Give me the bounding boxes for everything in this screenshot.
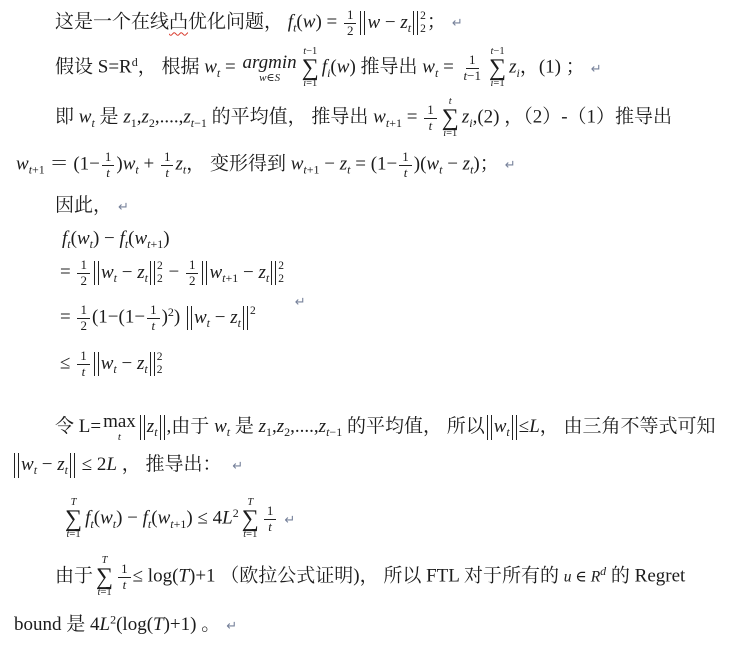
- math-run: ) ≤ 4L: [186, 508, 232, 529]
- text-run: 的平均值， 推导出: [207, 107, 373, 128]
- text-run: 假设 S=R: [55, 57, 132, 78]
- math-run: w: [426, 153, 439, 174]
- math-run: z: [400, 12, 407, 33]
- text-run: ≤: [60, 352, 75, 373]
- text-run: ): [174, 306, 185, 327]
- document-page: 这是一个在线凸优化问题， ft(w) = 12w − zt22；↵ 假设 S=R…: [0, 0, 730, 651]
- document-line: = 12wt − zt22 − 12wt+1 − zt22: [60, 258, 285, 288]
- text-run: −: [238, 262, 258, 283]
- math-run: −1: [329, 425, 342, 439]
- text-run: −: [442, 153, 462, 174]
- fraction-denominator: t: [265, 520, 275, 535]
- text-run: ， 根据: [138, 57, 205, 78]
- norm-content: zt: [146, 415, 159, 440]
- fraction-numerator: 1: [77, 258, 90, 274]
- sigma-symbol: ∑: [302, 58, 319, 80]
- math-run: w: [101, 262, 114, 283]
- math-run: w: [101, 353, 114, 374]
- math-run: t: [268, 519, 272, 534]
- fraction-numerator: 1: [161, 150, 174, 166]
- math-run: +1: [32, 163, 45, 177]
- math-run: (w: [128, 228, 147, 249]
- math-run: +1: [151, 237, 164, 251]
- fraction-numerator: 1: [147, 303, 160, 319]
- math-run: (w) =: [296, 11, 342, 32]
- text-run: −: [320, 153, 340, 174]
- sum-lower-limit: i=1: [443, 129, 457, 140]
- math-run: w: [194, 307, 207, 328]
- math-run: t: [266, 271, 269, 285]
- document-line: 即 wt 是 z1,z2,....,zt−1 的平均值， 推导出 wt+1 = …: [55, 97, 672, 140]
- summation: t∑i=1: [442, 97, 459, 140]
- text-run: (1−(1−: [92, 306, 145, 327]
- norm-bar-left: [14, 453, 19, 478]
- text-run: −: [37, 454, 57, 475]
- math-run: w: [16, 153, 29, 174]
- text-run: =: [60, 306, 75, 327]
- math-run: 1: [105, 149, 112, 164]
- norm-content: wt − zt: [20, 453, 69, 478]
- math-run: w: [373, 107, 386, 128]
- subscript: t: [154, 425, 157, 439]
- sum-lower-limit: i=1: [491, 79, 505, 90]
- norm-superscript: 2: [278, 261, 284, 273]
- sum-lower-limit: t=1: [243, 530, 257, 541]
- math-run: R: [591, 569, 600, 586]
- text-run: −: [117, 353, 137, 374]
- math-run: t: [238, 316, 241, 330]
- math-run: w: [79, 107, 92, 128]
- math-run: z: [319, 416, 326, 437]
- document-line: bound 是 4L2(log(T)+1) 。↵: [14, 613, 237, 638]
- math-run: L: [106, 454, 117, 475]
- document-line: = 12(1−(1−1t)2) wt − zt2↵: [60, 303, 306, 333]
- math-run: L: [106, 454, 117, 475]
- math-run: −1: [194, 116, 207, 130]
- math-run: z: [123, 107, 130, 128]
- norm-superscript: 2: [157, 352, 163, 364]
- sigma-symbol: ∑: [442, 108, 459, 130]
- norm-expression: wt: [486, 415, 518, 440]
- fraction-numerator: 1: [399, 150, 412, 166]
- text-run: )；: [473, 153, 498, 174]
- norm-subscript: 2: [157, 274, 163, 286]
- document-line: T∑t=1ft(wt) − ft(wt+1) ≤ 4L2T∑t=11t↵: [62, 498, 295, 541]
- sum-lower-limit: i=1: [303, 79, 317, 90]
- fraction-denominator: 2: [77, 274, 90, 289]
- math-run: 1: [80, 257, 87, 272]
- text-run: bound 是 4: [14, 614, 100, 635]
- math-run: (w: [71, 228, 90, 249]
- math-run: 1: [80, 302, 87, 317]
- subscript: t+1: [29, 163, 45, 177]
- norm-subscript: 2: [157, 365, 163, 377]
- norm-bar-left: [360, 11, 365, 36]
- fraction-denominator: 2: [186, 274, 199, 289]
- text-run: =: [438, 57, 458, 78]
- math-run: ) − f: [116, 508, 148, 529]
- fraction-denominator: 2: [77, 319, 90, 334]
- math-run: w: [291, 153, 304, 174]
- text-run: =: [402, 107, 422, 128]
- math-run: 1: [402, 149, 409, 164]
- text-run: = (1−: [350, 153, 397, 174]
- math-run: 1: [427, 102, 434, 117]
- math-run: t: [165, 165, 169, 180]
- fraction: 1t−1: [461, 53, 484, 83]
- norm-bar-left: [202, 261, 207, 286]
- math-run: ): [163, 228, 169, 249]
- text-run: ＝ (1−: [45, 153, 100, 174]
- math-run: z: [175, 153, 182, 174]
- text-run: 的 Regret: [606, 566, 685, 587]
- math-run: w: [214, 416, 227, 437]
- fraction-numerator: 1: [186, 258, 199, 274]
- math-run: 1: [469, 52, 476, 67]
- norm-subscript: 2: [278, 274, 284, 286]
- subscript: t−1: [326, 425, 342, 439]
- fraction: 1t: [147, 303, 160, 333]
- paragraph-mark: ↵: [452, 16, 463, 31]
- norm-bar-left: [94, 352, 99, 377]
- math-run: w: [214, 416, 227, 437]
- sigma-symbol: ∑: [242, 509, 259, 531]
- fraction-numerator: 1: [344, 8, 357, 24]
- paragraph-mark: ↵: [232, 459, 243, 474]
- subscript: t: [266, 271, 269, 285]
- norm-expression: w − zt22: [359, 11, 425, 36]
- norm-expression: zt: [139, 415, 166, 440]
- document-line: 这是一个在线凸优化问题， ft(w) = 12w − zt22；↵: [55, 8, 463, 38]
- math-run: +1: [389, 116, 402, 130]
- norm-bar-right: [243, 306, 248, 331]
- text-run: 优化问题，: [188, 11, 288, 32]
- operator: argmin: [242, 53, 296, 73]
- text-run: =: [220, 57, 240, 78]
- fraction-denominator: t: [120, 578, 130, 593]
- fraction: 1t: [102, 150, 115, 180]
- norm-bar-right: [160, 415, 165, 440]
- math-run: 1: [80, 348, 87, 363]
- math-run: z: [258, 262, 265, 283]
- math-run: t: [506, 425, 509, 439]
- math-run: w: [21, 454, 34, 475]
- math-run: =1: [100, 587, 111, 598]
- operator-with-limit: maxt: [103, 412, 136, 443]
- subscript: t+1: [170, 517, 186, 531]
- text-run: ∈: [571, 569, 590, 586]
- math-run: =1: [69, 529, 80, 540]
- math-run: z: [509, 57, 516, 78]
- fraction-denominator: t: [426, 119, 436, 134]
- math-run: w: [494, 416, 507, 437]
- math-run: =1: [446, 128, 457, 139]
- norm-bar-left: [94, 261, 99, 286]
- math-run: T: [153, 614, 164, 635]
- paragraph-mark: ↵: [226, 619, 237, 634]
- norm-bar-left: [140, 415, 145, 440]
- sigma-symbol: ∑: [96, 567, 113, 589]
- norm-bar-left: [487, 415, 492, 440]
- text-run: ， 推导出：: [117, 454, 226, 475]
- math-run: 2: [233, 506, 239, 520]
- math-run: 2: [347, 23, 354, 38]
- norm-superscript: 2: [420, 11, 426, 23]
- math-run: z: [183, 107, 190, 128]
- math-run: 1: [189, 257, 196, 272]
- norm-superscript: 2: [157, 261, 163, 273]
- math-run: T: [178, 566, 189, 587]
- math-run: z: [137, 262, 144, 283]
- text-run: 由于: [55, 566, 93, 587]
- math-run: z: [137, 262, 144, 283]
- fraction-numerator: 1: [77, 349, 90, 365]
- paragraph-mark: ↵: [284, 513, 295, 528]
- text-run: ,....,: [155, 107, 184, 128]
- math-run: −1: [467, 68, 481, 83]
- math-run: z: [259, 416, 266, 437]
- fraction: 1t: [424, 103, 437, 133]
- fraction-denominator: t: [79, 365, 89, 380]
- fraction: 12: [344, 8, 357, 38]
- fraction-numerator: 1: [102, 150, 115, 166]
- text-run: ，(1) ；: [520, 57, 585, 78]
- norm-expression: wt − zt22: [93, 261, 163, 286]
- math-run: ) −: [116, 508, 143, 529]
- math-run: ) −: [93, 228, 120, 249]
- math-run: max: [103, 411, 136, 432]
- math-run: w: [21, 454, 34, 475]
- math-run: z: [230, 307, 237, 328]
- math-run: T: [178, 566, 189, 587]
- math-run: 1: [150, 302, 157, 317]
- fraction-denominator: t: [401, 166, 411, 181]
- document-line: ft(wt) − ft(wt+1): [62, 227, 170, 252]
- subscript: t+1: [147, 237, 163, 251]
- document-line: 令 L=maxtzt,由于 wt 是 z1,z2,....,zt−1 的平均值，…: [55, 412, 716, 443]
- text-run: −: [117, 262, 137, 283]
- subscript: t: [65, 463, 68, 477]
- math-run: ) ≤ 4: [186, 508, 222, 529]
- math-run: t: [429, 118, 433, 133]
- math-run: z: [57, 454, 64, 475]
- math-run: 1: [267, 503, 274, 518]
- summation: t−1∑i=1: [489, 47, 506, 90]
- math-run: z: [183, 107, 190, 128]
- norm-content: w − zt: [366, 11, 412, 36]
- document-line: 假设 S=Rd， 根据 wt = argminw∈St−1∑i=1fi(w) 推…: [55, 47, 602, 90]
- fraction-denominator: t: [162, 166, 172, 181]
- math-run: w: [134, 228, 147, 249]
- fraction-denominator: t: [149, 319, 159, 334]
- math-run: t: [144, 362, 147, 376]
- math-run: 1: [164, 149, 171, 164]
- math-run: ) − f: [93, 228, 125, 249]
- subscript: t: [238, 316, 241, 330]
- math-run: z: [57, 454, 64, 475]
- fraction-numerator: 1: [264, 504, 277, 520]
- text-run: ≤ 2: [77, 454, 106, 475]
- operator-with-limit: argminw∈S: [242, 53, 296, 84]
- math-run: z: [230, 307, 237, 328]
- math-run: t: [152, 318, 156, 333]
- norm-bar-right: [150, 352, 155, 377]
- fraction-numerator: 1: [424, 103, 437, 119]
- subscript: t+1: [386, 116, 402, 130]
- math-run: L: [100, 614, 111, 635]
- math-run: T: [153, 614, 164, 635]
- fraction-numerator: 1: [77, 303, 90, 319]
- document-line: 由于T∑t=11t≤ log(T)+1 （欧拉公式证明)， 所以 FTL 对于所…: [55, 556, 685, 599]
- math-run: ): [163, 228, 169, 249]
- math-run: z: [259, 416, 266, 437]
- fraction: 1t: [118, 562, 131, 592]
- math-run: w: [204, 57, 217, 78]
- norm-bar-right: [271, 261, 276, 286]
- math-run: z: [319, 416, 326, 437]
- norm-scripts: 2: [249, 306, 256, 331]
- math-run: S: [275, 72, 281, 84]
- norm-content: wt+1 − zt: [208, 261, 270, 286]
- text-run: −: [210, 307, 230, 328]
- math-run: +1: [225, 271, 238, 285]
- norm-content: wt: [493, 415, 511, 440]
- text-run: 是: [95, 107, 124, 128]
- fraction-numerator: 1: [466, 53, 479, 69]
- math-run: w: [123, 153, 136, 174]
- math-run: (w): [330, 57, 355, 78]
- norm-superscript: 2: [250, 306, 256, 318]
- math-run: =1: [493, 78, 504, 89]
- norm-content: wt − zt: [100, 261, 149, 286]
- norm-expression: wt+1 − zt22: [201, 261, 284, 286]
- text-run: ,....,: [290, 416, 319, 437]
- fraction: 12: [77, 258, 90, 288]
- norm-expression: wt − zt: [13, 453, 76, 478]
- text-run: −: [164, 261, 184, 282]
- math-run: w: [422, 57, 435, 78]
- summation: T∑t=1: [65, 498, 82, 541]
- math-run: 2: [80, 273, 87, 288]
- fraction-denominator: 2: [344, 24, 357, 39]
- math-run: z: [400, 12, 407, 33]
- text-run: ,(2) ，（2）-（1）推导出: [473, 107, 672, 128]
- text-run: ≤ log(: [133, 566, 179, 587]
- math-run: w: [337, 57, 350, 78]
- summation: t−1∑i=1: [302, 47, 319, 90]
- superscript: 2: [233, 506, 239, 520]
- math-run: =1: [306, 78, 317, 89]
- text-run: ， 由三角不等式可知: [540, 416, 716, 437]
- norm-scripts: 22: [156, 352, 163, 377]
- math-run: w: [367, 12, 380, 33]
- fraction: 1t: [77, 349, 90, 379]
- math-run: R: [591, 569, 600, 586]
- norm-bar-left: [187, 306, 192, 331]
- subscript: t: [144, 362, 147, 376]
- math-run: 2: [189, 273, 196, 288]
- fraction: 12: [77, 303, 90, 333]
- subscript: t: [506, 425, 509, 439]
- math-run: z: [509, 57, 516, 78]
- math-run: w: [209, 262, 222, 283]
- math-run: 1: [347, 7, 354, 22]
- math-run: z: [141, 107, 148, 128]
- operator-limit: w∈S: [259, 73, 280, 84]
- text-run: ≤: [519, 416, 529, 437]
- math-run: w: [101, 262, 114, 283]
- text-run: 推导出: [356, 57, 423, 78]
- math-run: t: [65, 463, 68, 477]
- math-run: z: [141, 107, 148, 128]
- document-line: 因此，↵: [55, 194, 129, 219]
- math-run: z: [463, 153, 470, 174]
- subscript: t−1: [191, 116, 207, 130]
- math-run: t: [118, 431, 121, 443]
- math-run: +1: [174, 517, 187, 531]
- subscript: t: [145, 271, 148, 285]
- norm-scripts: 22: [419, 11, 426, 36]
- math-run: t: [106, 165, 110, 180]
- fraction-denominator: t: [103, 166, 113, 181]
- math-run: w: [373, 107, 386, 128]
- paragraph-mark: ↵: [295, 295, 306, 310]
- text-run: =: [60, 261, 75, 282]
- text-run: )(: [414, 153, 427, 174]
- math-run: w: [494, 416, 507, 437]
- math-run: w: [194, 307, 207, 328]
- text-run: ,由于: [167, 416, 215, 437]
- math-run: +1: [307, 163, 320, 177]
- math-run: t: [404, 165, 408, 180]
- operator: max: [103, 412, 136, 432]
- text-run: )+1) 。: [164, 614, 221, 635]
- math-run: L: [529, 416, 540, 437]
- math-run: ∈: [266, 72, 274, 84]
- text-run: ；: [427, 11, 446, 32]
- text-run: 令 L=: [55, 416, 101, 437]
- math-run: z: [463, 153, 470, 174]
- document-line: wt − zt ≤ 2L ， 推导出： ↵: [12, 453, 243, 478]
- text-run: )+1 （欧拉公式证明)， 所以 FTL 对于所有的: [189, 566, 564, 587]
- text-run: ， 变形得到: [186, 153, 291, 174]
- fraction: 1t: [264, 504, 277, 534]
- math-run: L: [100, 614, 111, 635]
- fraction: 1t: [161, 150, 174, 180]
- text-run: +: [139, 153, 159, 174]
- math-run: w: [100, 508, 113, 529]
- math-run: t: [154, 425, 157, 439]
- math-run: L: [529, 416, 540, 437]
- text-run: 即: [55, 107, 79, 128]
- subscript: t+1: [222, 271, 238, 285]
- sum-lower-limit: t=1: [98, 588, 112, 599]
- math-run: w: [101, 353, 114, 374]
- math-run: z: [175, 153, 182, 174]
- math-run: w: [77, 228, 90, 249]
- norm-bar-right: [70, 453, 75, 478]
- math-run: w: [204, 57, 217, 78]
- norm-content: wt − zt: [193, 306, 242, 331]
- math-run: z: [123, 107, 130, 128]
- math-run: =1: [246, 529, 257, 540]
- math-run: z: [258, 262, 265, 283]
- math-run: t: [145, 271, 148, 285]
- summation: T∑t=1: [242, 498, 259, 541]
- norm-bar-right: [512, 415, 517, 440]
- math-run: w: [422, 57, 435, 78]
- math-run: (w: [151, 508, 170, 529]
